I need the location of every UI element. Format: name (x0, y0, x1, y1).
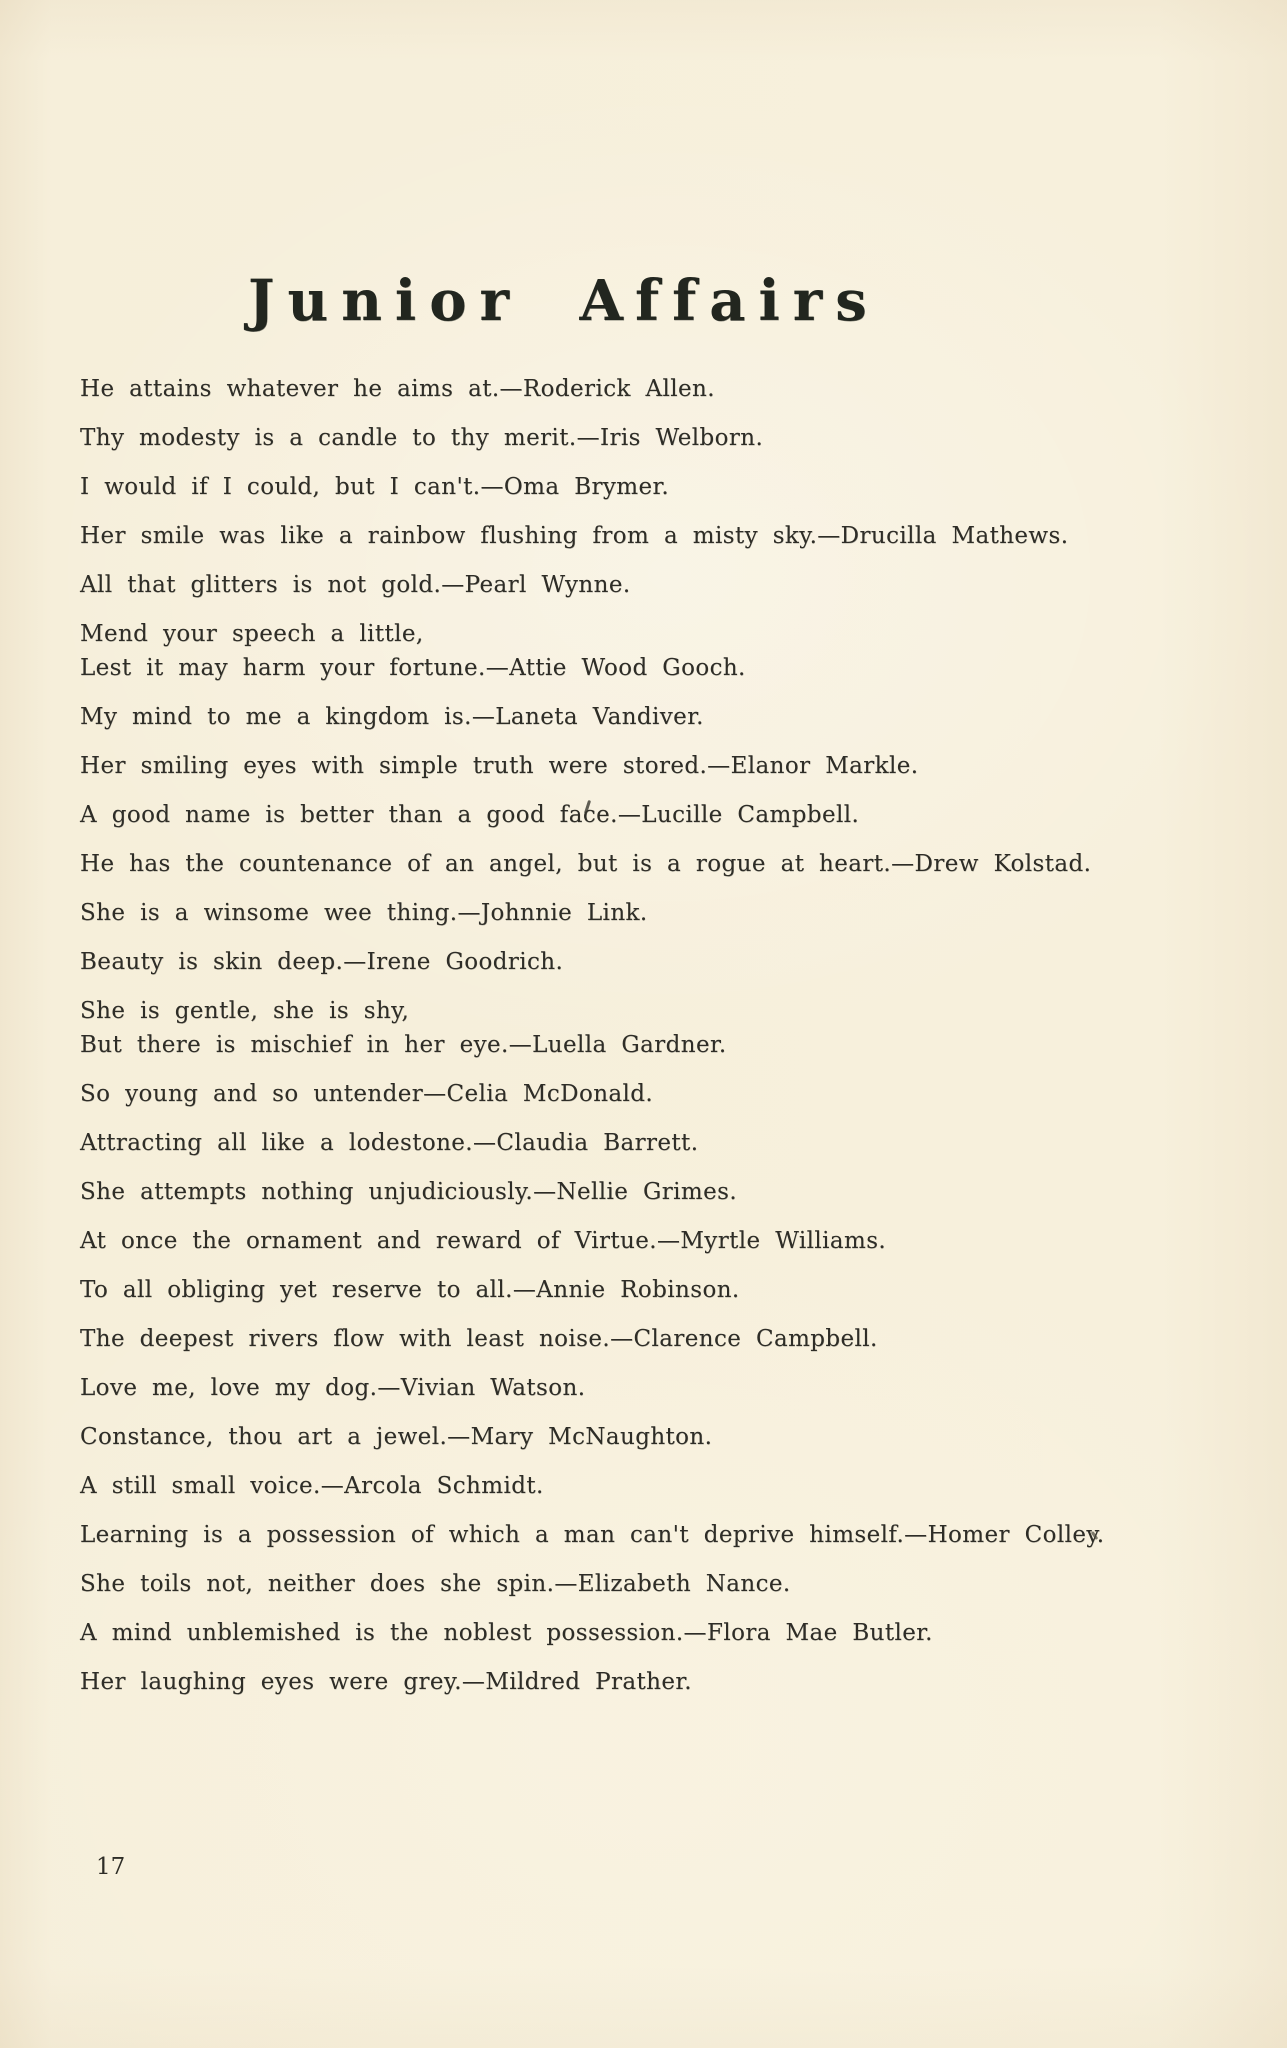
quote-line: Love me, love my dog.—Vivian Watson. (80, 1371, 1230, 1405)
quote-line: Beauty is skin deep.—Irene Goodrich. (80, 945, 1230, 979)
quote-line: She is a winsome wee thing.—Johnnie Link… (80, 896, 1230, 930)
scanned-yearbook-page: Junior Affairs He attains whatever he ai… (0, 0, 1287, 2048)
quote-line: Her laughing eyes were grey.—Mildred Pra… (80, 1665, 1230, 1699)
quote-line: I would if I could, but I can't.—Oma Bry… (80, 470, 1230, 504)
quote-line: A good name is better than a good face.—… (80, 798, 1230, 832)
quote-line: Mend your speech a little,Lest it may ha… (80, 617, 1230, 685)
quote-line: She attempts nothing unjudiciously.—Nell… (80, 1175, 1230, 1209)
quote-line: All that glitters is not gold.—Pearl Wyn… (80, 568, 1230, 602)
quote-line: So young and so untender—Celia McDonald. (80, 1077, 1230, 1111)
quote-line: Her smiling eyes with simple truth were … (80, 749, 1230, 783)
quote-line: He attains whatever he aims at.—Roderick… (80, 372, 1230, 406)
quotes-list: He attains whatever he aims at.—Roderick… (80, 372, 1230, 1714)
quote-line: Her smile was like a rainbow flushing fr… (80, 519, 1230, 553)
quote-line: Learning is a possession of which a man … (80, 1518, 1230, 1552)
page-number: 17 (96, 1854, 125, 1880)
quote-line: He has the countenance of an angel, but … (80, 847, 1230, 881)
quote-line: Attracting all like a lodestone.—Claudia… (80, 1126, 1230, 1160)
page-title: Junior Affairs (248, 268, 880, 334)
quote-line: A mind unblemished is the noblest posses… (80, 1616, 1230, 1650)
quote-line: A still small voice.—Arcola Schmidt. (80, 1469, 1230, 1503)
quote-line: The deepest rivers flow with least noise… (80, 1322, 1230, 1356)
quote-line: To all obliging yet reserve to all.—Anni… (80, 1273, 1230, 1307)
quote-line: She is gentle, she is shy,But there is m… (80, 994, 1230, 1062)
quote-line: Constance, thou art a jewel.—Mary McNaug… (80, 1420, 1230, 1454)
quote-line: Thy modesty is a candle to thy merit.—Ir… (80, 421, 1230, 455)
quote-line: My mind to me a kingdom is.—Laneta Vandi… (80, 700, 1230, 734)
quote-line: She toils not, neither does she spin.—El… (80, 1567, 1230, 1601)
quote-line: At once the ornament and reward of Virtu… (80, 1224, 1230, 1258)
